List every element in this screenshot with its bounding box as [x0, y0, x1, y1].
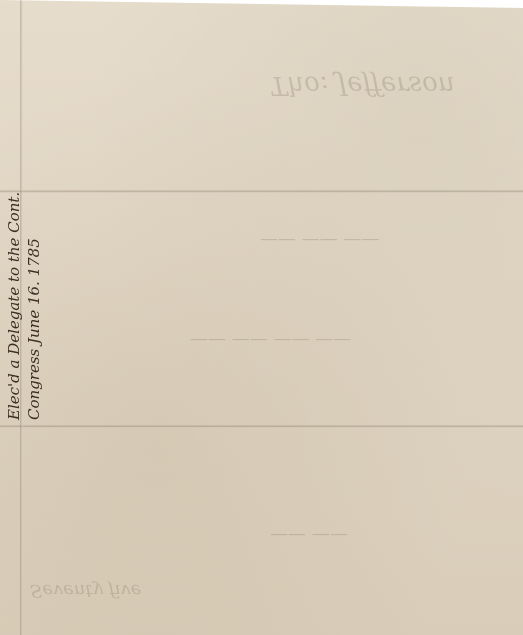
docket-endorsement: Elec'd a Delegate to the Cont. Congress …	[4, 192, 44, 420]
bleed-through-text: —— —— —— ——	[190, 330, 351, 351]
bleed-through-text: —— —— ——	[260, 230, 379, 251]
bleed-through-text: Tho: Jefferson	[270, 70, 455, 100]
bleed-through-text: —— ——	[270, 525, 348, 546]
endorsement-line-1: Elec'd a Delegate to the Cont.	[4, 192, 24, 420]
bleed-through-text: Seventy five	[30, 580, 141, 601]
horizontal-fold-line	[0, 190, 523, 193]
horizontal-fold-line	[0, 425, 523, 428]
endorsement-line-2: Congress June 16. 1785	[24, 192, 44, 420]
manuscript-page: Tho: Jefferson —— —— —— —— —— —— —— —— —…	[0, 0, 523, 635]
